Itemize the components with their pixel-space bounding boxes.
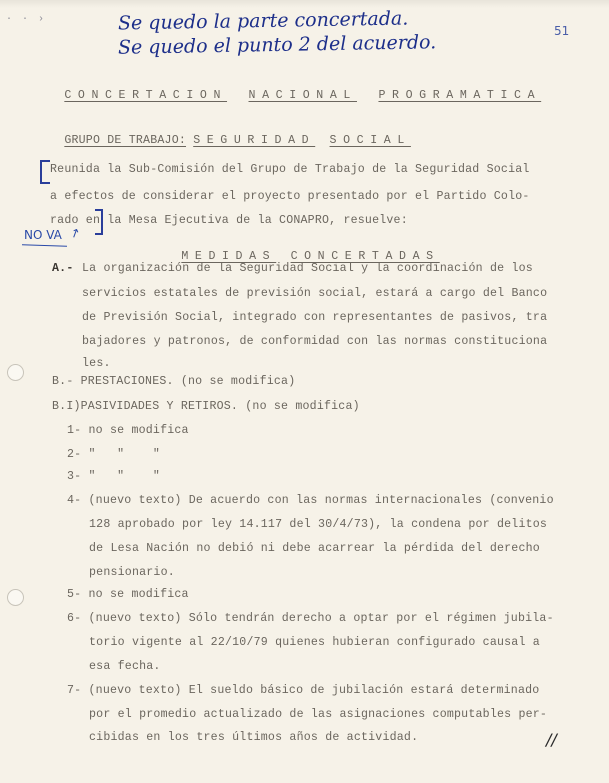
- subitem-4-line-3: de Lesa Nación no debió ni debe acarrear…: [89, 542, 540, 555]
- subitem-text: no se modifica: [89, 588, 189, 601]
- subitem-text: " " ": [89, 448, 161, 461]
- subitem-number: 5-: [67, 588, 81, 601]
- margin-arrow-icon: ↗: [68, 225, 83, 242]
- punch-hole-bottom: [7, 589, 24, 606]
- section-title: MEDIDAS CONCERTADAS: [167, 237, 440, 263]
- subitem-4: 4- (nuevo texto) De acuerdo con las norm…: [67, 494, 554, 507]
- subitem-7-line-2: por el promedio actualizado de las asign…: [89, 708, 547, 721]
- item-a-line-1: La organización de la Seguridad Social y…: [82, 262, 533, 275]
- subitem-text: (nuevo texto) De acuerdo con las normas …: [89, 494, 554, 507]
- group-word-social: SOCIAL: [330, 134, 411, 147]
- subitem-1: 1- no se modifica: [67, 424, 189, 437]
- subitem-text: (nuevo texto) El sueldo básico de jubila…: [89, 684, 540, 697]
- page-top-edge: [0, 0, 609, 8]
- item-b1: B.I)PASIVIDADES Y RETIROS. (no se modifi…: [52, 400, 360, 413]
- margin-bracket-close: [95, 209, 103, 235]
- subitem-7: 7- (nuevo texto) El sueldo básico de jub…: [67, 684, 539, 697]
- intro-line-3: rado en la Mesa Ejecutiva de la CONAPRO,…: [50, 214, 408, 227]
- document-heading: CONCERTACION NACIONAL PROGRAMATICA: [50, 76, 541, 102]
- handwritten-note-line-2: Se quedo el punto 2 del acuerdo.: [118, 31, 437, 59]
- margin-note-no-va: NO VA: [24, 228, 62, 242]
- intro-line-1: Reunida la Sub-Comisión del Grupo de Tra…: [50, 163, 530, 176]
- corner-marks: · · ›: [6, 14, 46, 25]
- subitem-number: 2-: [67, 448, 81, 461]
- item-a-label: A.-: [52, 262, 73, 275]
- end-mark: //: [546, 730, 557, 749]
- item-a-line-5: les.: [82, 357, 111, 370]
- subitem-3: 3- " " ": [67, 470, 160, 483]
- subitem-7-line-3: cibidas en los tres últimos años de acti…: [89, 731, 418, 744]
- intro-line-2: a efectos de considerar el proyecto pres…: [50, 190, 530, 203]
- subitem-4-line-4: pensionario.: [89, 566, 175, 579]
- margin-bracket-open: [40, 160, 50, 184]
- working-group-label: GRUPO DE TRABAJO:: [64, 134, 186, 147]
- item-b: B.- PRESTACIONES. (no se modifica): [52, 375, 295, 388]
- page-number: 51: [554, 24, 569, 38]
- subitem-text: " " ": [89, 470, 161, 483]
- subitem-6-line-2: torio vigente al 22/10/79 quienes hubier…: [89, 636, 540, 649]
- margin-note-underline: [22, 244, 67, 247]
- item-a-line-2: servicios estatales de previsión social,…: [82, 287, 547, 300]
- subitem-4-line-2: 128 aprobado por ley 14.117 del 30/4/73)…: [89, 518, 547, 531]
- working-group-line: GRUPO DE TRABAJO: SEGURIDAD SOCIAL: [50, 121, 411, 147]
- subitem-number: 4-: [67, 494, 81, 507]
- subitem-2: 2- " " ": [67, 448, 160, 461]
- subitem-text: no se modifica: [89, 424, 189, 437]
- item-a-line-3: de Previsión Social, integrado con repre…: [82, 311, 547, 324]
- subitem-6-line-3: esa fecha.: [89, 660, 161, 673]
- subitem-6: 6- (nuevo texto) Sólo tendrán derecho a …: [67, 612, 554, 625]
- item-a-line-4: bajadores y patronos, de conformidad con…: [82, 335, 547, 348]
- subitem-number: 7-: [67, 684, 81, 697]
- subitem-5: 5- no se modifica: [67, 588, 189, 601]
- subitem-number: 3-: [67, 470, 81, 483]
- handwritten-note-line-1: Se quedo la parte concertada.: [118, 7, 409, 34]
- heading-word-programatica: PROGRAMATICA: [378, 89, 541, 102]
- heading-word-concertacion: CONCERTACION: [64, 89, 227, 102]
- group-word-seguridad: SEGURIDAD: [193, 134, 315, 147]
- heading-word-nacional: NACIONAL: [249, 89, 357, 102]
- subitem-number: 1-: [67, 424, 81, 437]
- subitem-number: 6-: [67, 612, 81, 625]
- subitem-text: (nuevo texto) Sólo tendrán derecho a opt…: [89, 612, 554, 625]
- punch-hole-top: [7, 364, 24, 381]
